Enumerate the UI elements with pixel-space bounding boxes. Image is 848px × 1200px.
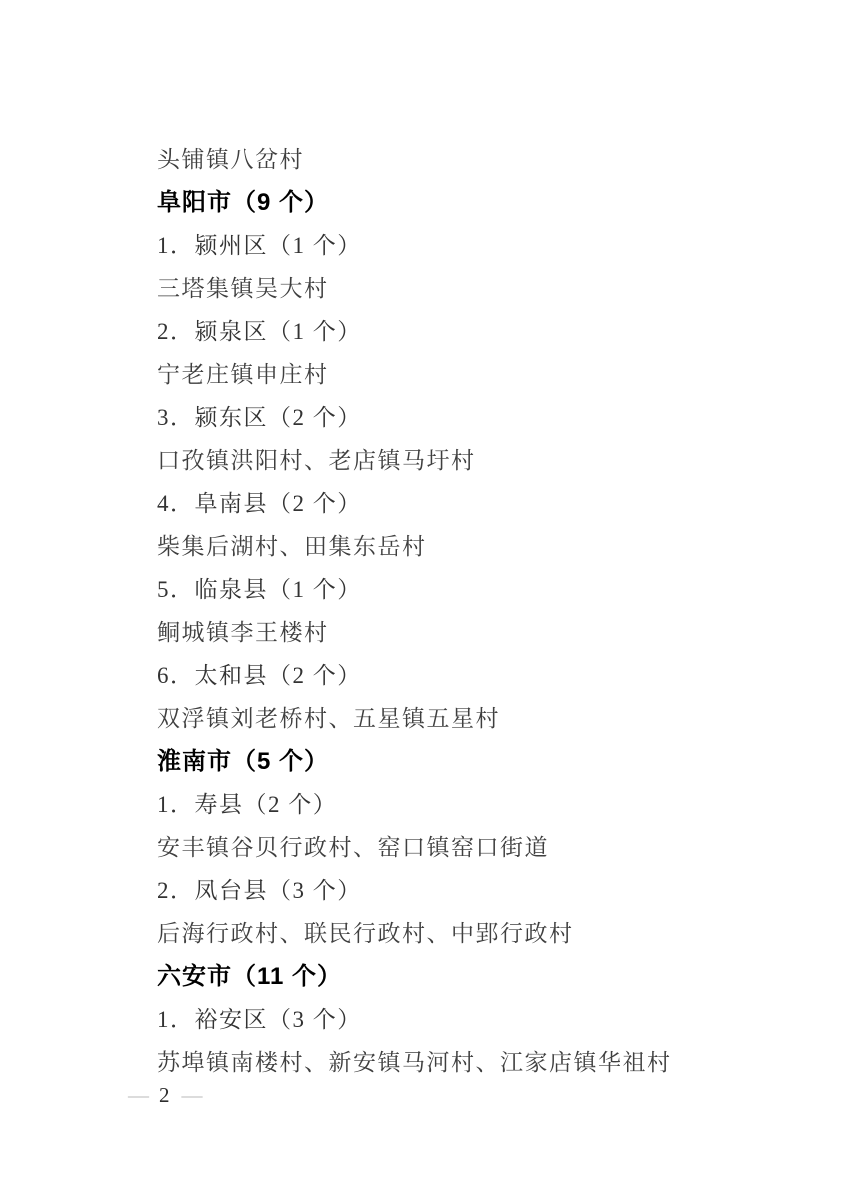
district-heading: 6．太和县（2 个） bbox=[157, 654, 797, 697]
village-list-line: 苏埠镇南楼村、新安镇马河村、江家店镇华祖村 bbox=[157, 1041, 797, 1084]
section-huainan: 淮南市（5 个） 1．寿县（2 个） 安丰镇谷贝行政村、窑口镇窑口街道 2．凤台… bbox=[157, 740, 797, 955]
page-number-dash-right: — bbox=[182, 1083, 201, 1107]
village-list-line: 宁老庄镇申庄村 bbox=[157, 353, 797, 396]
district-heading: 1．裕安区（3 个） bbox=[157, 998, 797, 1041]
page-footer: —2— bbox=[128, 1080, 201, 1110]
village-list-line: 口孜镇洪阳村、老店镇马圩村 bbox=[157, 439, 797, 482]
document-page: 头铺镇八岔村 阜阳市（9 个） 1．颍州区（1 个） 三塔集镇吴大村 2．颍泉区… bbox=[157, 138, 797, 1084]
village-list-line: 鲖城镇李王楼村 bbox=[157, 611, 797, 654]
district-heading: 1．颍州区（1 个） bbox=[157, 224, 797, 267]
district-heading: 5．临泉县（1 个） bbox=[157, 568, 797, 611]
city-heading: 淮南市（5 个） bbox=[157, 740, 797, 783]
continuation-village-line: 头铺镇八岔村 bbox=[157, 138, 797, 181]
village-list-line: 三塔集镇吴大村 bbox=[157, 267, 797, 310]
district-heading: 2．颍泉区（1 个） bbox=[157, 310, 797, 353]
district-heading: 3．颍东区（2 个） bbox=[157, 396, 797, 439]
page-number-dash-left: — bbox=[128, 1083, 147, 1107]
page-number: 2 bbox=[159, 1083, 170, 1107]
village-list-line: 安丰镇谷贝行政村、窑口镇窑口街道 bbox=[157, 826, 797, 869]
village-list-line: 柴集后湖村、田集东岳村 bbox=[157, 525, 797, 568]
district-heading: 2．凤台县（3 个） bbox=[157, 869, 797, 912]
district-heading: 1．寿县（2 个） bbox=[157, 783, 797, 826]
district-heading: 4．阜南县（2 个） bbox=[157, 482, 797, 525]
city-heading: 阜阳市（9 个） bbox=[157, 181, 797, 224]
village-list-line: 双浮镇刘老桥村、五星镇五星村 bbox=[157, 697, 797, 740]
village-list-line: 后海行政村、联民行政村、中郢行政村 bbox=[157, 912, 797, 955]
section-fuyang: 阜阳市（9 个） 1．颍州区（1 个） 三塔集镇吴大村 2．颍泉区（1 个） 宁… bbox=[157, 181, 797, 740]
section-luan: 六安市（11 个） 1．裕安区（3 个） 苏埠镇南楼村、新安镇马河村、江家店镇华… bbox=[157, 955, 797, 1084]
city-heading: 六安市（11 个） bbox=[157, 955, 797, 998]
